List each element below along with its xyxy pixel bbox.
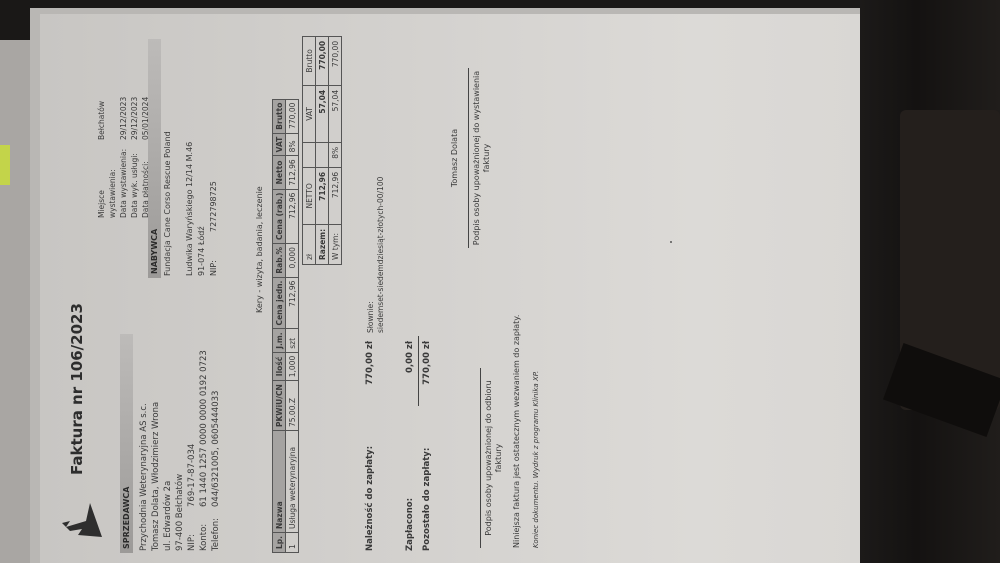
amount-in-words: Słownie: siedemset-siedemdziesiąt-złotyc… [366,177,386,333]
summary-breakdown-row: W tym: 712,96 8% 57,04 770,00 [329,36,342,264]
payment-notice: Niniejsza faktura jest ostatecznym wezwa… [512,315,521,548]
amount-due-label: Należność do zapłaty: [362,406,378,551]
buyer-block: Fundacja Cane Corso Rescue Poland Ludwik… [162,131,220,276]
items-table: Lp. Nazwa PKWiU/CN Ilość J.m. Cena jedn.… [272,99,299,553]
issuer-name: Tomasz Dolata [450,68,460,248]
meta-row: Data wyk. usługi:29/12/2023 [129,97,140,218]
remaining-label: Pozostało do zapłaty: [419,406,435,551]
remaining-value: 770,00 zł [419,341,435,406]
issuer-signature: Tomasz Dolata Podpis osoby upoważnionej … [450,68,492,248]
end-of-document-note: Koniec dokumentu. Wydruk z programu Klin… [532,371,540,548]
vat-summary-table: zł NETTO VAT Brutto Razem: 712,96 57,04 … [302,36,342,265]
sticky-note [0,145,10,185]
invoice-paper: Faktura nr 106/2023 Miejsce wystawienia:… [40,14,860,563]
table-row: 1 Usługa weterynaryjna 75.00.Z 1,000 szt… [286,99,299,552]
paid-label: Zapłacono: [402,406,418,551]
dark-background [860,0,1000,563]
paid-value: 0,00 zł [402,341,418,406]
invoice-page: Faktura nr 106/2023 Miejsce wystawienia:… [40,14,860,563]
paper-speck [670,241,672,243]
items-header-row: Lp. Nazwa PKWiU/CN Ilość J.m. Cena jedn.… [273,99,286,552]
seller-heading: SPRZEDAWCA [120,334,133,553]
summary-header-row: zł NETTO VAT Brutto [303,36,316,264]
buyer-heading: NABYWCA [148,39,161,278]
receiver-signature: Podpis osoby upoważnionej do odbioru fak… [480,368,504,548]
amount-due-value: 770,00 zł [362,341,378,406]
invoice-description: Kery - wizyta, badania, leczenie [255,186,264,313]
meta-row: Miejsce wystawienia:Bełchatów [96,97,118,218]
invoice-title: Faktura nr 106/2023 [68,303,86,475]
seller-block: Przychodnia Weterynaryjna AS s.c. Tomasz… [138,350,222,551]
meta-row: Data wystawienia:29/12/2023 [118,97,129,218]
summary-total-row: Razem: 712,96 57,04 770,00 [316,36,329,264]
payment-block: Należność do zapłaty:770,00 zł Zapłacono… [362,336,435,551]
horse-head-logo-icon [60,495,108,543]
